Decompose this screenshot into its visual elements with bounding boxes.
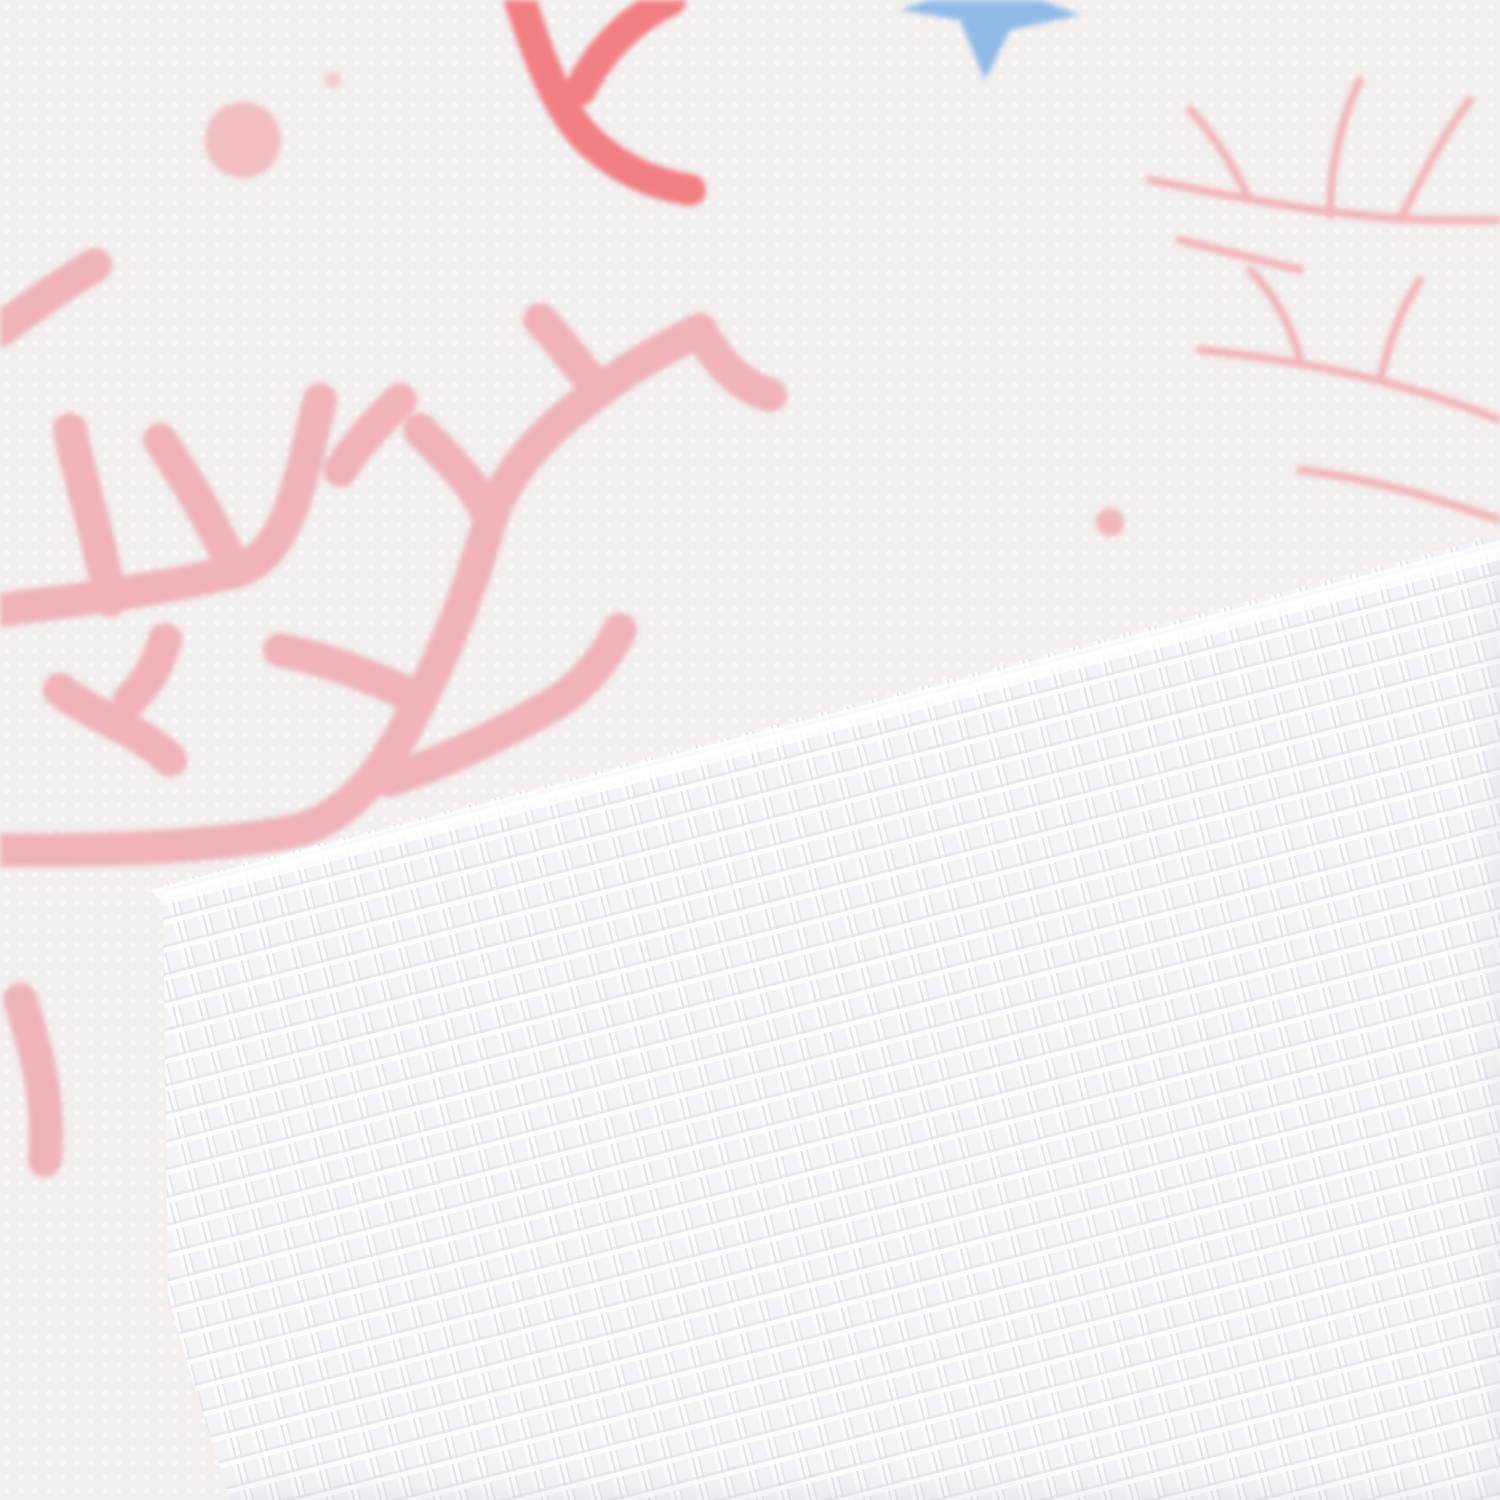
blue-starfish-shape bbox=[900, 0, 1080, 80]
coral-branch-fine bbox=[1150, 80, 1500, 520]
fabric-photo bbox=[0, 0, 1500, 1500]
coral-branch-bright bbox=[520, 0, 690, 190]
